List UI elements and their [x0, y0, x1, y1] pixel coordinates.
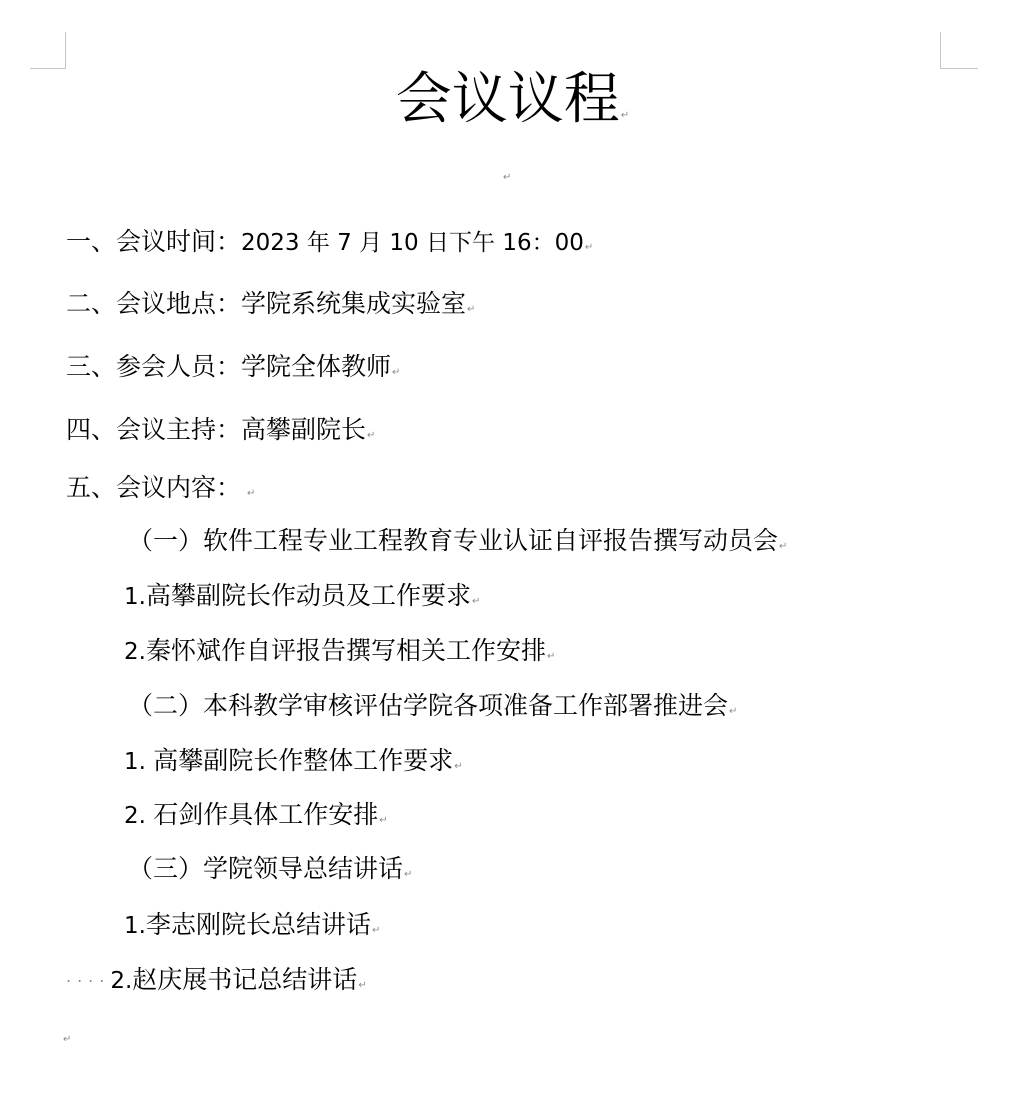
paragraph-mark-icon: ↵: [358, 980, 366, 991]
item-text: 石剑作具体工作安排: [153, 800, 378, 829]
space-marks: ····: [66, 972, 110, 991]
section-label: 五、会议内容：: [66, 473, 241, 502]
section-attendees[interactable]: 三、参会人员：学院全体教师↵: [66, 350, 400, 390]
agenda-item[interactable]: 2.秦怀斌作自评报告撰写相关工作安排↵: [124, 634, 555, 674]
section-meeting-location[interactable]: 二、会议地点：学院系统集成实验室↵: [66, 287, 475, 327]
section-value: 2023 年 7 月 10 日下午 16：00: [241, 230, 584, 256]
paragraph-mark-icon: ↵: [779, 541, 787, 552]
item-text: 李志刚院长总结讲话: [146, 910, 371, 939]
item-number: 2.: [110, 968, 132, 994]
paragraph-mark-icon: ↵: [454, 761, 462, 772]
item-number: 2.: [124, 803, 153, 829]
item-text: 秦怀斌作自评报告撰写相关工作安排: [146, 636, 546, 665]
paragraph-mark-icon: ↵: [367, 430, 375, 441]
paragraph-mark-icon: ↵: [547, 651, 555, 662]
agenda-heading-2[interactable]: （二）本科教学审核评估学院各项准备工作部署推进会↵: [128, 689, 737, 729]
agenda-item[interactable]: 2. 石剑作具体工作安排↵: [124, 798, 388, 838]
section-label: 二、会议地点：: [66, 289, 241, 318]
paragraph-mark-icon: ↵: [621, 110, 629, 121]
paragraph-mark-icon: ↵: [404, 869, 412, 880]
paragraph-mark-icon: ↵: [503, 172, 511, 183]
agenda-heading-text: （一）软件工程专业工程教育专业认证自评报告撰写动员会: [128, 526, 778, 555]
item-number: 1.: [124, 749, 153, 775]
paragraph-mark-icon: ↵: [392, 367, 400, 378]
title-text: 会议议程: [396, 67, 620, 132]
item-number: 1.: [124, 913, 146, 939]
document-title[interactable]: 会议议程↵: [0, 64, 1017, 152]
item-text: 赵庆展书记总结讲话: [132, 965, 357, 994]
agenda-item[interactable]: 1. 高攀副院长作整体工作要求↵: [124, 744, 463, 784]
agenda-heading-1[interactable]: （一）软件工程专业工程教育专业认证自评报告撰写动员会↵: [128, 524, 787, 564]
paragraph-mark-icon: ↵: [63, 1034, 71, 1045]
section-content[interactable]: 五、会议内容：↵: [66, 471, 255, 511]
paragraph-mark-icon: ↵: [585, 242, 593, 253]
paragraph-mark-icon: ↵: [247, 488, 255, 499]
section-meeting-time[interactable]: 一、会议时间：2023 年 7 月 10 日下午 16：00↵: [66, 225, 593, 265]
item-number: 2.: [124, 639, 146, 665]
section-value: 学院系统集成实验室: [241, 289, 466, 318]
agenda-heading-text: （三）学院领导总结讲话: [128, 854, 403, 883]
paragraph-mark-icon: ↵: [467, 304, 475, 315]
paragraph-mark-icon: ↵: [372, 925, 380, 936]
section-label: 四、会议主持：: [66, 415, 241, 444]
agenda-heading-text: （二）本科教学审核评估学院各项准备工作部署推进会: [128, 691, 728, 720]
paragraph-mark-icon: ↵: [729, 706, 737, 717]
paragraph-mark-icon: ↵: [379, 815, 387, 826]
agenda-item[interactable]: 1.高攀副院长作动员及工作要求↵: [124, 579, 480, 619]
item-number: 1.: [124, 584, 146, 610]
agenda-item[interactable]: 1.李志刚院长总结讲话↵: [124, 908, 380, 948]
section-label: 一、会议时间：: [66, 227, 241, 256]
section-label: 三、参会人员：: [66, 352, 241, 381]
section-value: 学院全体教师: [241, 352, 391, 381]
agenda-item[interactable]: ····2.赵庆展书记总结讲话↵: [66, 963, 367, 1003]
item-text: 高攀副院长作整体工作要求: [153, 746, 453, 775]
paragraph-mark-icon: ↵: [472, 596, 480, 607]
section-host[interactable]: 四、会议主持：高攀副院长↵: [66, 413, 375, 453]
item-text: 高攀副院长作动员及工作要求: [146, 581, 471, 610]
section-value: 高攀副院长: [241, 415, 366, 444]
agenda-heading-3[interactable]: （三）学院领导总结讲话↵: [128, 852, 412, 892]
